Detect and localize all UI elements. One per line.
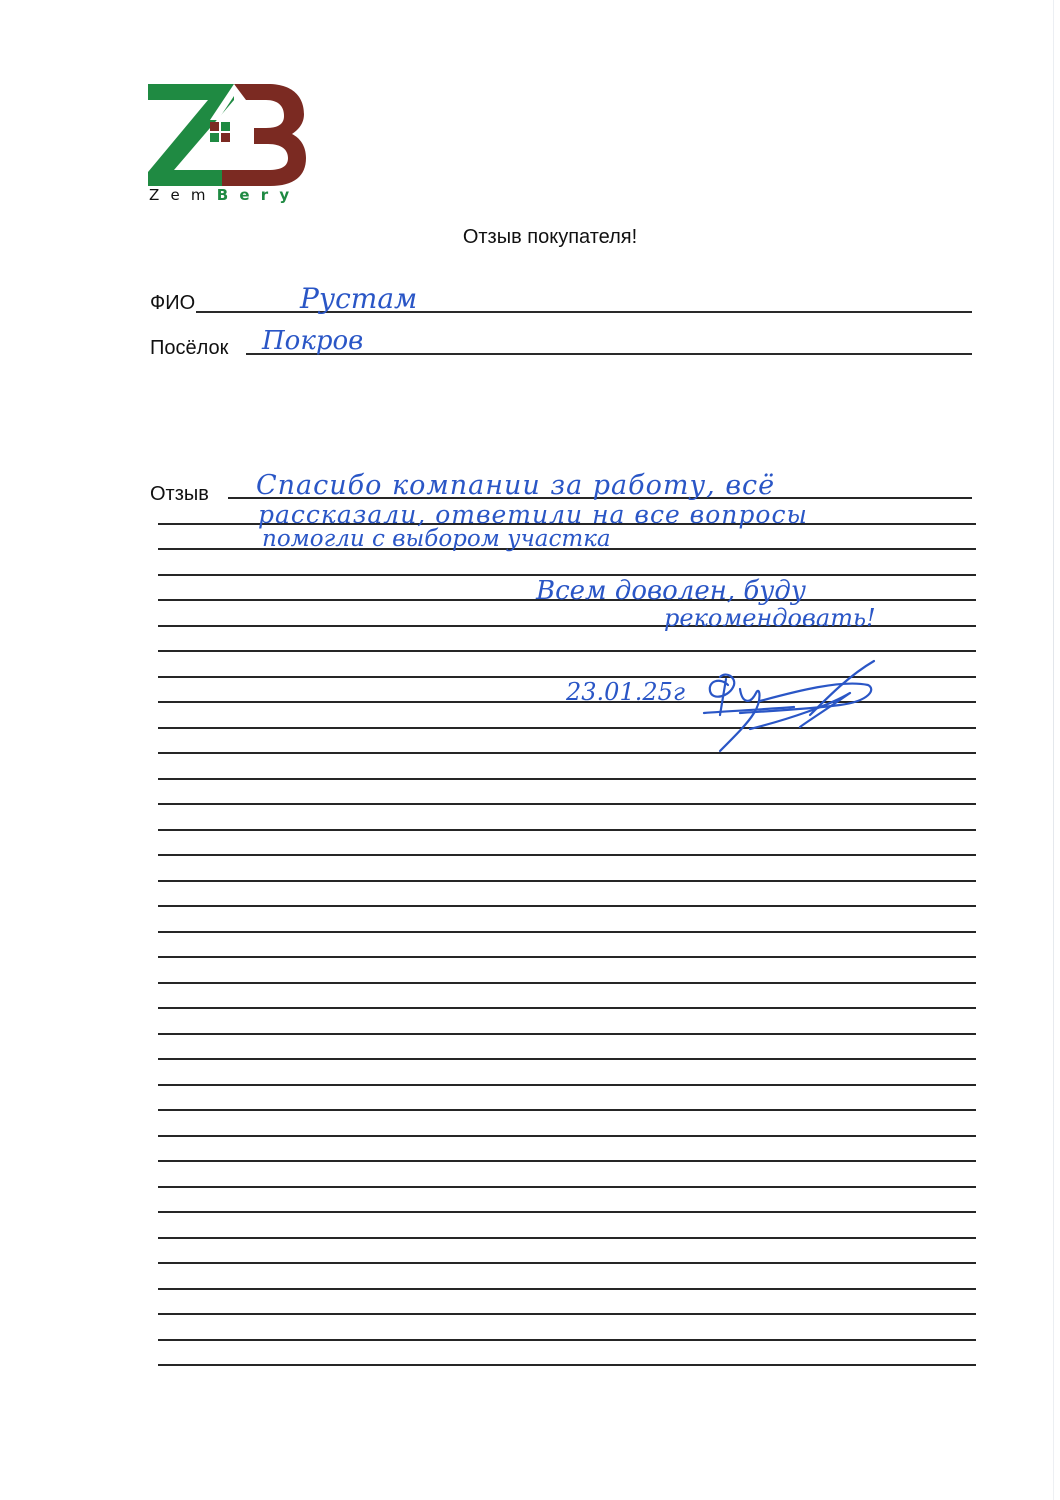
ruled-line <box>158 956 976 958</box>
ruled-line <box>158 1288 976 1290</box>
ruled-line <box>158 1262 976 1264</box>
review-line-5: рекомендовать! <box>664 604 876 632</box>
village-value: Покров <box>262 326 363 356</box>
ruled-line <box>158 880 976 882</box>
ruled-line <box>158 1033 976 1035</box>
ruled-line <box>158 854 976 856</box>
ruled-line <box>158 931 976 933</box>
ruled-line <box>158 1237 976 1239</box>
ruled-line <box>158 778 976 780</box>
ruled-line <box>158 1160 976 1162</box>
review-label: Отзыв <box>150 483 209 506</box>
ruled-line <box>158 1364 976 1366</box>
ruled-line <box>158 1058 976 1060</box>
ruled-line <box>158 982 976 984</box>
review-line-1: Спасибо компании за работу, всё <box>256 470 775 501</box>
ruled-line <box>158 1313 976 1315</box>
ruled-line <box>158 1109 976 1111</box>
ruled-line <box>158 1339 976 1341</box>
ruled-line <box>158 1211 976 1213</box>
logo-mark-icon <box>146 82 306 192</box>
review-date: 23.01.25г <box>566 678 685 706</box>
signature-icon <box>690 655 890 755</box>
ruled-line <box>158 905 976 907</box>
ruled-line <box>158 1084 976 1086</box>
ruled-line <box>158 1135 976 1137</box>
ruled-line <box>158 829 976 831</box>
ruled-line <box>158 650 976 652</box>
ruled-line <box>158 1186 976 1188</box>
brand-name: ZemBery <box>149 186 299 204</box>
ruled-line <box>158 1007 976 1009</box>
village-label: Посёлок <box>150 337 228 360</box>
page-title: Отзыв покупателя! <box>0 226 1060 249</box>
ruled-line <box>158 803 976 805</box>
scan-artifact <box>1053 0 1054 1500</box>
review-line-2: рассказали, ответили на все вопросы <box>258 500 808 529</box>
fio-value: Рустам <box>300 282 417 315</box>
review-line-3: помогли с выбором участка <box>262 526 611 552</box>
fio-label: ФИО <box>150 292 195 315</box>
review-line-4: Всем доволен, буду <box>536 576 806 606</box>
